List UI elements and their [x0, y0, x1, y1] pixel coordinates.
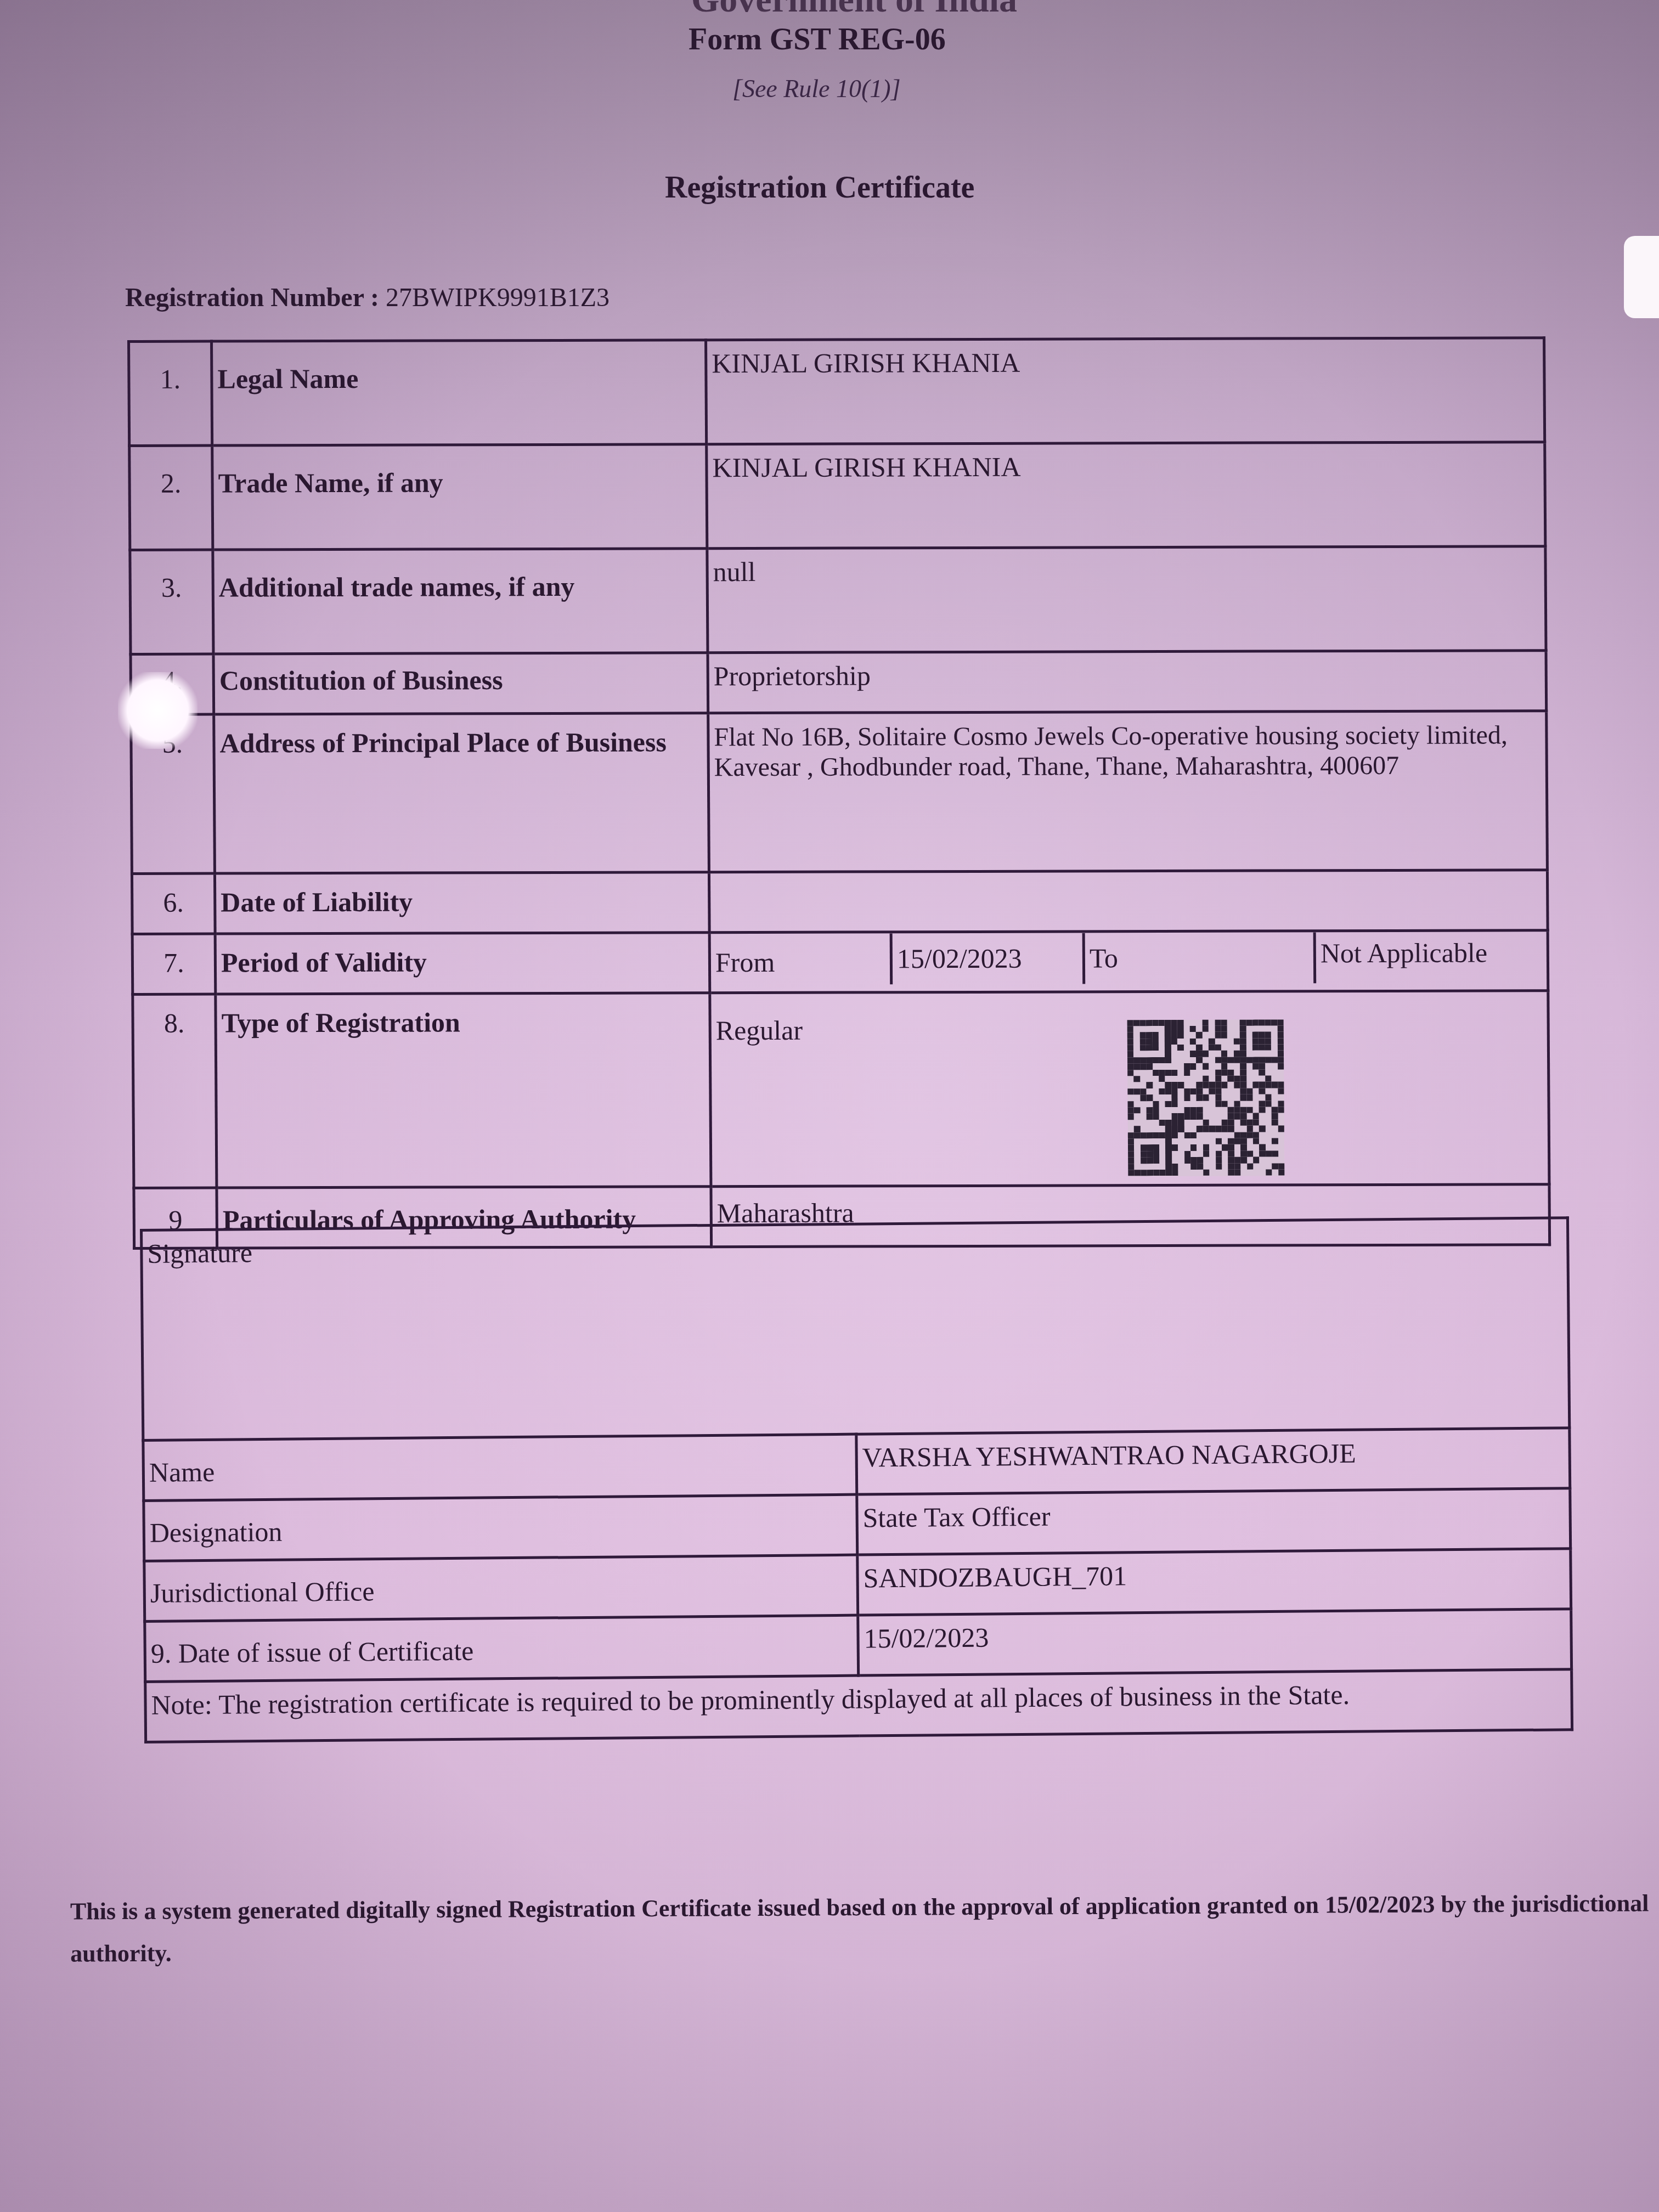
row-value	[709, 870, 1548, 933]
row-number: 5.	[131, 714, 215, 873]
row-value: From 15/02/2023 To Not Applicable	[709, 930, 1548, 993]
row-value: Proprietorship	[708, 651, 1547, 713]
form-title: Form GST REG-06	[689, 22, 946, 57]
row-label: Period of Validity	[215, 933, 710, 994]
row-label: Address of Principal Place of Business	[214, 713, 709, 873]
certificate-title: Registration Certificate	[665, 170, 974, 205]
row-value: KINJAL GIRISH KHANIA	[707, 442, 1545, 549]
row-label: Additional trade names, if any	[213, 549, 708, 654]
row-number: 4.	[131, 654, 214, 714]
validity-to-value: Not Applicable	[1314, 932, 1547, 983]
rule-reference: [See Rule 10(1)]	[732, 74, 901, 103]
signatory-name-value: VARSHA YESHWANTRAO NAGARGOJE	[856, 1428, 1570, 1494]
row-label: Trade Name, if any	[212, 444, 707, 550]
row-label: Date of Liability	[215, 872, 709, 934]
issue-date-value: 15/02/2023	[858, 1609, 1572, 1675]
row-label: Type of Registration	[216, 993, 711, 1188]
validity-to-label: To	[1084, 932, 1315, 984]
table-row-additional-trade-names: 3. Additional trade names, if any null	[130, 546, 1546, 654]
validity-from-label: From	[711, 933, 891, 984]
jurisdictional-office-label: Jurisdictional Office	[144, 1555, 858, 1621]
row-value: Flat No 16B, Solitaire Cosmo Jewels Co-o…	[708, 711, 1548, 872]
system-generated-footer: This is a system generated digitally sig…	[70, 1882, 1659, 1974]
designation-value: State Tax Officer	[857, 1488, 1571, 1555]
designation-label: Designation	[144, 1494, 857, 1561]
row-number: 3.	[130, 550, 213, 654]
row-number: 8.	[133, 994, 217, 1188]
row-value: KINJAL GIRISH KHANIA	[706, 338, 1545, 444]
table-row-legal-name: 1. Legal Name KINJAL GIRISH KHANIA	[129, 338, 1545, 446]
table-row-period-of-validity: 7. Period of Validity From 15/02/2023 To…	[132, 930, 1548, 995]
row-label: Legal Name	[212, 340, 707, 445]
registration-number-value: 27BWIPK9991B1Z3	[386, 283, 610, 312]
table-row-address: 5. Address of Principal Place of Busines…	[131, 711, 1548, 874]
signature-label: Signature	[142, 1218, 1570, 1441]
table-row-trade-name: 2. Trade Name, if any KINJAL GIRISH KHAN…	[129, 442, 1545, 550]
table-row-constitution: 4. Constitution of Business Proprietorsh…	[131, 651, 1547, 715]
light-glare	[1624, 236, 1659, 318]
signatory-name-label: Name	[143, 1434, 857, 1500]
registration-number: Registration Number : 27BWIPK9991B1Z3	[125, 283, 610, 313]
row-value: Regular	[710, 991, 1549, 1186]
row-number: 7.	[132, 934, 216, 994]
registration-details-table: 1. Legal Name KINJAL GIRISH KHANIA 2. Tr…	[127, 336, 1551, 1249]
qr-code-icon	[1127, 1019, 1285, 1176]
validity-from-value: 15/02/2023	[891, 933, 1084, 984]
table-row-date-of-liability: 6. Date of Liability	[132, 870, 1548, 934]
government-heading: Government of India	[691, 0, 1017, 21]
row-number: 2.	[129, 445, 213, 550]
issue-date-label: 9. Date of issue of Certificate	[145, 1615, 859, 1681]
jurisdictional-office-value: SANDOZBAUGH_701	[857, 1549, 1571, 1615]
registration-number-label: Registration Number :	[125, 283, 379, 312]
row-number: 1.	[129, 341, 212, 445]
signature-row: Signature	[142, 1218, 1570, 1441]
signature-table: Signature Name VARSHA YESHWANTRAO NAGARG…	[140, 1216, 1573, 1743]
note-row: Note: The registration certificate is re…	[145, 1669, 1572, 1742]
row-value: null	[707, 546, 1546, 653]
row-number: 6.	[132, 873, 215, 934]
table-row-type-of-registration: 8. Type of Registration Regular	[133, 991, 1549, 1188]
display-note: Note: The registration certificate is re…	[145, 1669, 1572, 1742]
row-label: Constitution of Business	[213, 653, 708, 714]
